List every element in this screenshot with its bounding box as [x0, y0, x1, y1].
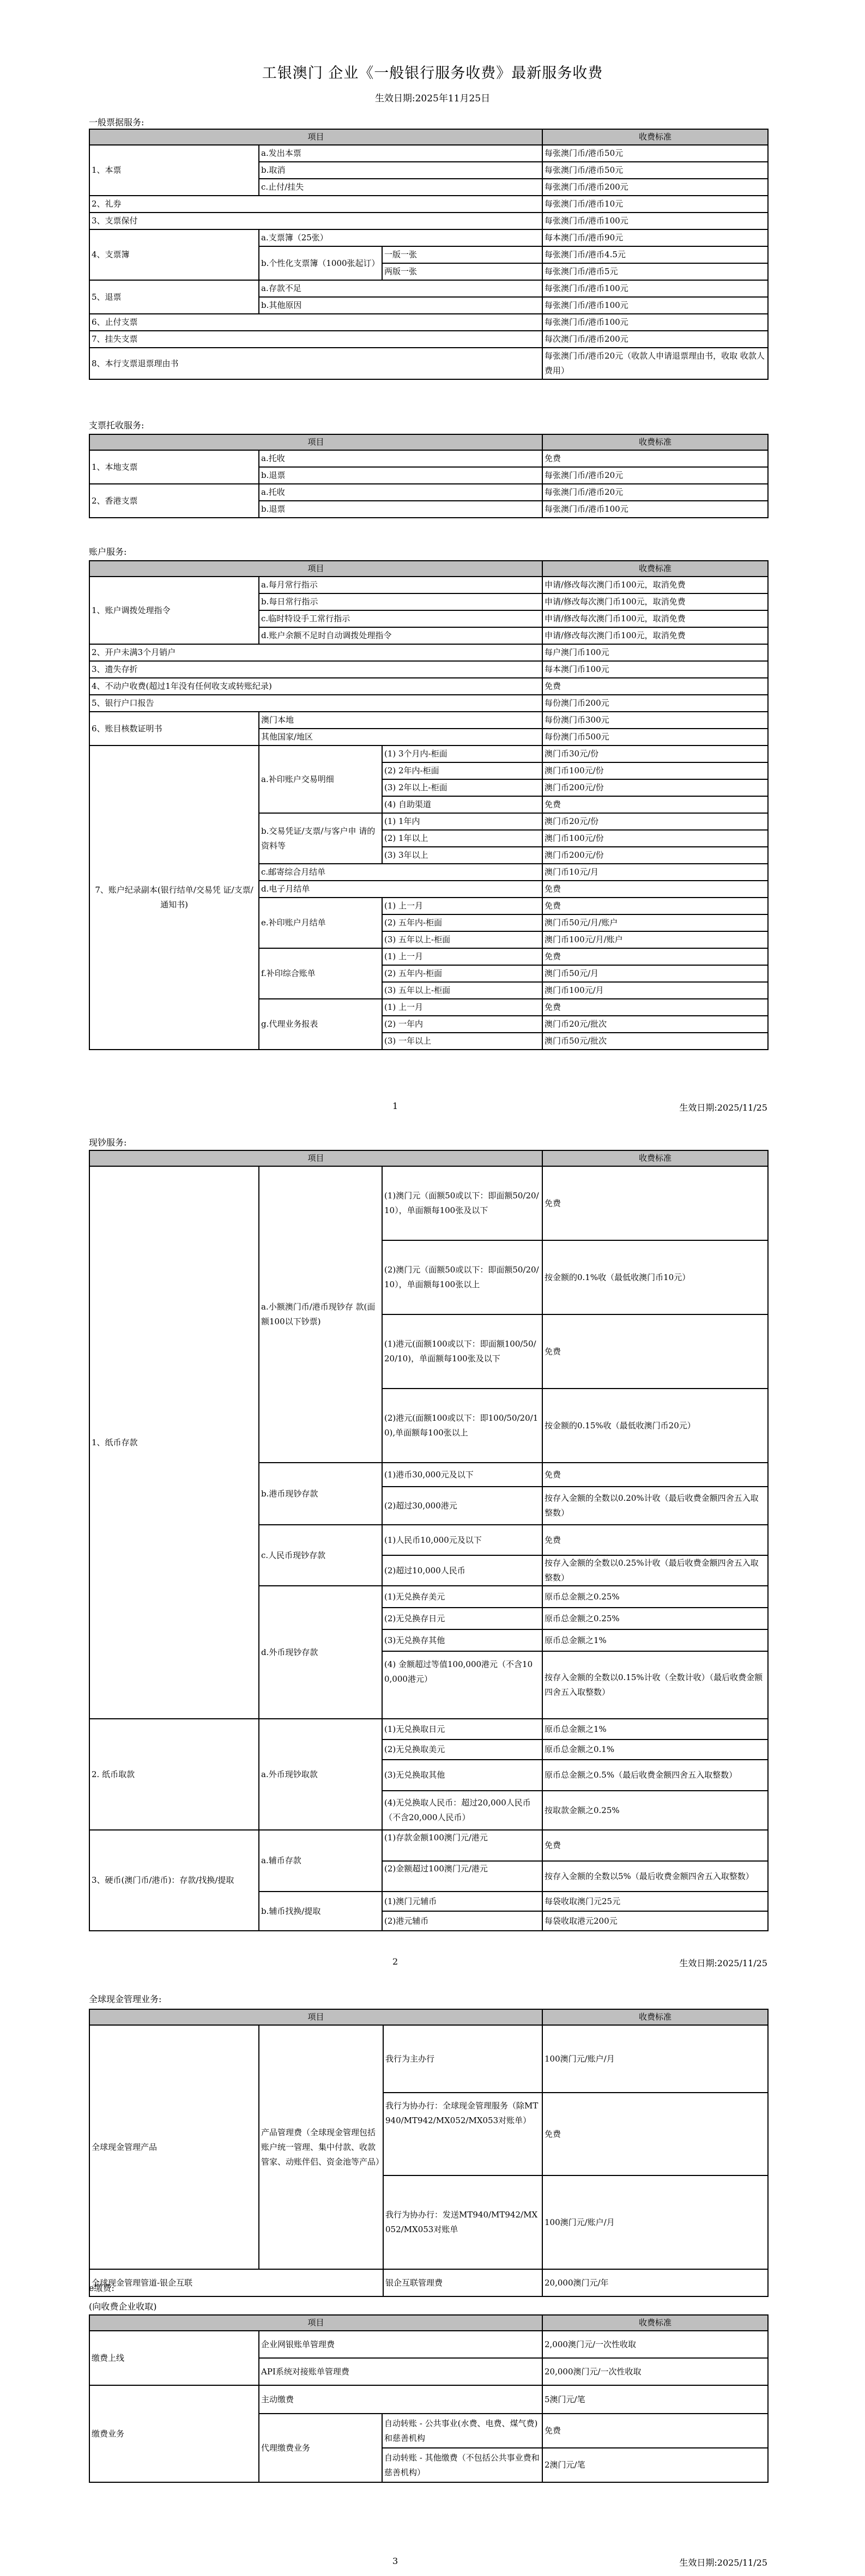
table-row: 缴费上线企业网银账单管理费2,000澳门元/一次性收取 [89, 2331, 768, 2358]
table-row: 3、支票保付每张澳门币/港币100元 [89, 213, 768, 229]
table-row: 2、礼券每张澳门币/港币10元 [89, 196, 768, 213]
table-row: 1、纸币存款a.小额澳门币/港币现钞存 款(面额100以下钞票)(1)澳门元（面… [89, 1166, 768, 1240]
col-header-item: 项目 [89, 129, 542, 145]
table-row: 1、账户调拨处理指令a.每月常行指示申请/修改每次澳门币100元，取消免费 [89, 577, 768, 593]
table-row: 6、止付支票每张澳门币/港币100元 [89, 314, 768, 331]
table-row: 2. 纸币取款a.外币现钞取款(1)无兑换取日元原币总金额之1% [89, 1719, 768, 1739]
table-row: 7、账户纪录副本(银行结单/交易凭 证/支票/通知书)a.补印账户交易明细(1)… [89, 745, 768, 762]
page-number: 1 [392, 1101, 398, 1111]
table-account: 项目收费标准 1、账户调拨处理指令a.每月常行指示申请/修改每次澳门币100元，… [89, 560, 769, 1050]
section-label-account: 账户服务: [89, 545, 126, 557]
table-row: 7、挂失支票每次澳门币/港币200元 [89, 331, 768, 348]
table-row: 全球现金管理管道-银企互联银企互联管理费20,000澳门元/年 [89, 2269, 768, 2296]
table-row: 1、本票a.发出本票每张澳门币/港币50元 [89, 145, 768, 162]
table-row: 缴费业务主动缴费5澳门元/笔 [89, 2385, 768, 2414]
table-row: 1、本地支票a.托收免费 [89, 450, 768, 467]
footer-date: 生效日期:2025/11/25 [649, 1956, 767, 1969]
page-title: 工银澳门 企业《一般银行服务收费》最新服务收费 [0, 61, 865, 82]
table-row: 5、退票a.存款不足每张澳门币/港币100元 [89, 280, 768, 297]
table-row: 6、账目核数证明书澳门本地每份澳门币300元 [89, 712, 768, 729]
table-row: 4、不动户收费(超过1年没有任何收支或转账纪录)免费 [89, 678, 768, 695]
table-row: 4、支票簿a.支票簿（25张）每本澳门币/港币90元 [89, 229, 768, 246]
table-collection: 项目收费标准 1、本地支票a.托收免费 b.退票每张澳门币/港币20元 2、香港… [89, 434, 769, 518]
table-row: 5、银行户口报告每份澳门币200元 [89, 695, 768, 712]
table-gcm: 项目收费标准 全球现金管理产品产品管理费（全球现金管理包括账户统一管理、集中付款… [89, 2009, 769, 2297]
page-number: 2 [392, 1956, 398, 1967]
effective-date: 生效日期:2025年11月25日 [0, 90, 865, 104]
table-row: 全球现金管理产品产品管理费（全球现金管理包括账户统一管理、集中付款、收款管家、动… [89, 2025, 768, 2093]
table-row: 3、硬币(澳门币/港币)：存款/找换/提取a.辅币存款(1)存款金额100澳门元… [89, 1830, 768, 1861]
section-label-gcm: 全球现金管理业务: [89, 1992, 161, 2005]
section-label-cash: 现钞服务: [89, 1136, 126, 1148]
page-number: 3 [392, 2556, 398, 2566]
table-row: 8、本行支票退票理由书每张澳门币/港币20元（收款人申请退票理由书，收取 收款人… [89, 348, 768, 379]
section-label-epay: e缴费: [89, 2281, 114, 2294]
footer-date: 生效日期:2025/11/25 [649, 1101, 767, 1113]
footer-date: 生效日期:2025/11/25 [649, 2556, 767, 2568]
table-row: 2、开户未满3个月销户每户澳门币100元 [89, 644, 768, 661]
section-label-bills: 一般票据服务: [89, 116, 144, 128]
table-row: 3、遗失存折每本澳门币100元 [89, 661, 768, 678]
table-cash: 项目收费标准 1、纸币存款a.小额澳门币/港币现钞存 款(面额100以下钞票)(… [89, 1150, 769, 1931]
table-row: 2、香港支票a.托收每张澳门币/港币20元 [89, 484, 768, 501]
table-bills: 项目收费标准 1、本票a.发出本票每张澳门币/港币50元 b.取消每张澳门币/港… [89, 129, 769, 380]
col-header-fee: 收费标准 [542, 129, 768, 145]
table-epay: 项目收费标准 缴费上线企业网银账单管理费2,000澳门元/一次性收取 API系统… [89, 2314, 769, 2483]
section-label-collection: 支票托收服务: [89, 419, 144, 431]
section-note-epay: (向收费企业收取) [89, 2300, 157, 2312]
